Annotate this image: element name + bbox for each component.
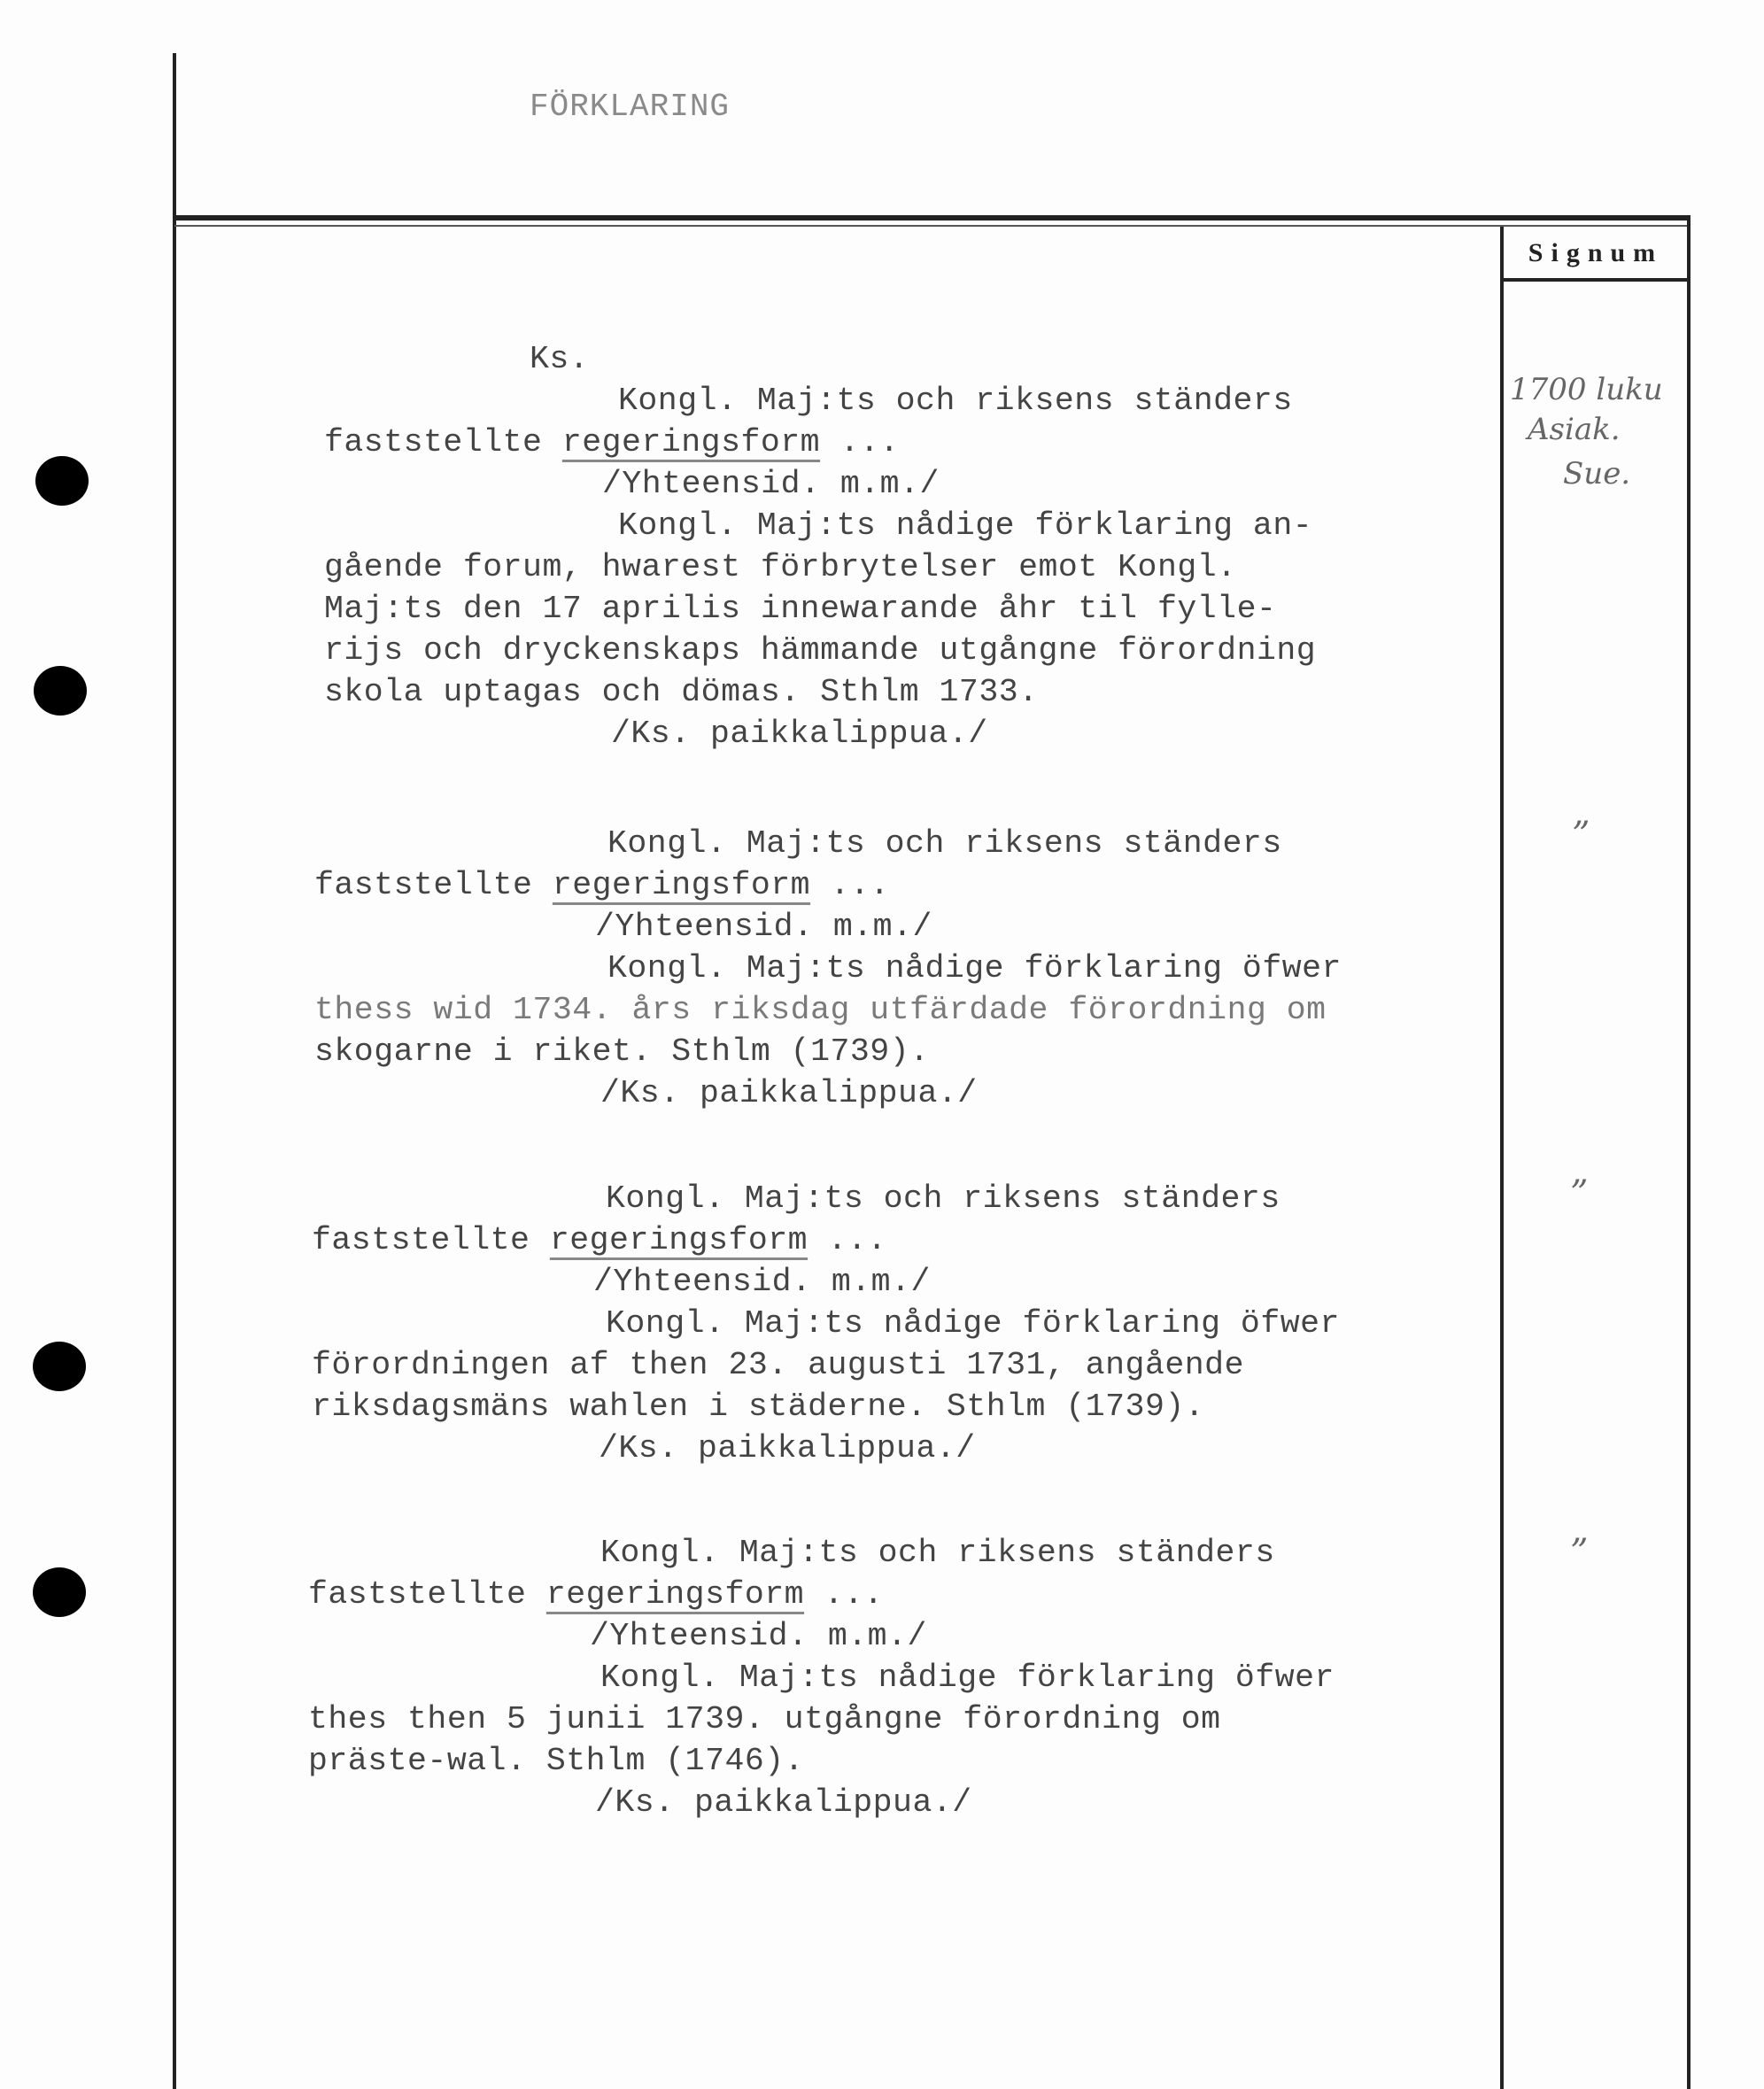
location-note: /Ks. paikkalippua./ bbox=[600, 1075, 978, 1111]
entry-line: Maj:ts den 17 aprilis innewarande åhr ti… bbox=[324, 591, 1276, 627]
entry-text: ... bbox=[804, 1576, 884, 1613]
entry-text: ... bbox=[808, 1222, 887, 1258]
entry-line: rijs och dryckenskaps hämmande utgångne … bbox=[324, 632, 1316, 669]
entry-line: faststellte regeringsform ... bbox=[324, 424, 900, 460]
entry-line: präste-wal. Sthlm (1746). bbox=[308, 1743, 804, 1779]
entry-line: riksdagsmäns wahlen i städerne. Sthlm (1… bbox=[312, 1389, 1204, 1425]
entry-text: ... bbox=[820, 424, 900, 460]
entry-line: faststellte regeringsform ... bbox=[314, 867, 890, 903]
entry-line: Kongl. Maj:ts och riksens ständers bbox=[600, 1535, 1275, 1571]
entry-line: Kongl. Maj:ts nådige förklaring öfwer bbox=[607, 950, 1342, 986]
ditto-mark: ” bbox=[1570, 1173, 1588, 1214]
underlined-title-word: regeringsform bbox=[553, 867, 810, 903]
left-margin-rule bbox=[173, 53, 176, 2089]
entry-line: skogarne i riket. Sthlm (1739). bbox=[314, 1033, 930, 1070]
punch-hole-icon bbox=[35, 456, 89, 506]
punch-hole-icon bbox=[33, 1567, 86, 1617]
entry-text: faststellte bbox=[308, 1576, 546, 1613]
entry-line: faststellte regeringsform ... bbox=[308, 1576, 884, 1613]
punch-hole-icon bbox=[33, 1342, 86, 1391]
entry-line: Kongl. Maj:ts nådige förklaring an- bbox=[618, 507, 1312, 544]
location-note: /Ks. paikkalippua./ bbox=[611, 716, 988, 752]
signum-note-line-2: Asiak. bbox=[1528, 412, 1621, 447]
punch-hole-icon bbox=[34, 666, 87, 716]
cross-reference: /Yhteensid. m.m./ bbox=[590, 1618, 927, 1654]
entry-line: Kongl. Maj:ts och riksens ständers bbox=[607, 825, 1282, 862]
entry-line: Kongl. Maj:ts nådige förklaring öfwer bbox=[606, 1305, 1340, 1342]
catalog-card: FÖRKLARING Signum 1700 luku Asiak. Sue. … bbox=[0, 0, 1764, 2089]
entry-line: faststellte regeringsform ... bbox=[312, 1222, 887, 1258]
entry-text: faststellte bbox=[312, 1222, 550, 1258]
entry-line: Kongl. Maj:ts och riksens ständers bbox=[618, 383, 1293, 419]
cross-reference: /Yhteensid. m.m./ bbox=[595, 909, 932, 945]
entry-text: faststellte bbox=[324, 424, 562, 460]
entry-line: thes then 5 junii 1739. utgångne förordn… bbox=[308, 1701, 1221, 1737]
signum-column-left-rule bbox=[1500, 227, 1504, 2089]
entry-line: skola uptagas och dömas. Sthlm 1733. bbox=[324, 674, 1039, 710]
header-rule-thin bbox=[174, 225, 1690, 227]
entry-text: faststellte bbox=[314, 867, 553, 903]
signum-note-line-1: 1700 luku bbox=[1510, 372, 1663, 407]
entry-heading: Ks. bbox=[530, 341, 589, 377]
entry-line: Kongl. Maj:ts och riksens ständers bbox=[606, 1180, 1280, 1217]
location-note: /Ks. paikkalippua./ bbox=[595, 1784, 972, 1821]
underlined-title-word: regeringsform bbox=[550, 1222, 808, 1258]
signum-header: Signum bbox=[1503, 228, 1689, 279]
entry-text: ... bbox=[810, 867, 890, 903]
cross-reference: /Yhteensid. m.m./ bbox=[602, 466, 940, 502]
entry-line: förordningen af then 23. augusti 1731, a… bbox=[312, 1347, 1244, 1383]
location-note: /Ks. paikkalippua./ bbox=[599, 1430, 976, 1466]
entry-line: thess wid 1734. års riksdag utfärdade fö… bbox=[314, 992, 1327, 1028]
underlined-title-word: regeringsform bbox=[546, 1576, 804, 1613]
ditto-mark: ” bbox=[1572, 815, 1590, 855]
signum-note-line-3: Sue. bbox=[1563, 456, 1630, 491]
ditto-mark: ” bbox=[1570, 1532, 1588, 1573]
underlined-title-word: regeringsform bbox=[562, 424, 820, 460]
card-title: FÖRKLARING bbox=[530, 89, 730, 125]
signum-column-right-rule bbox=[1687, 217, 1690, 2089]
cross-reference: /Yhteensid. m.m./ bbox=[593, 1264, 931, 1300]
entry-line: Kongl. Maj:ts nådige förklaring öfwer bbox=[600, 1660, 1335, 1696]
header-rule-thick bbox=[174, 215, 1690, 221]
entry-line: gående forum, hwarest förbrytelser emot … bbox=[324, 549, 1237, 585]
